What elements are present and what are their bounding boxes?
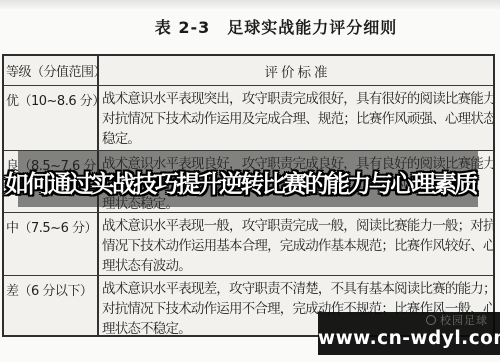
table-header-row: 等级（分值范围） 评价标准 bbox=[4, 56, 493, 85]
criteria-cell: 战术意识水平表现突出，攻守职责完成很好，具有很好的阅读比赛能力； 对抗情况下技术… bbox=[97, 86, 493, 150]
criteria-line: 战术意识水平表现一般，攻守职责完成一般，阅读比赛能力一般；对抗 bbox=[102, 216, 493, 236]
watermark-label: 校园足球 bbox=[440, 312, 488, 328]
level-cell: 中（7.5~6 分） bbox=[4, 213, 97, 275]
level-cell: 差（6 分以下） bbox=[4, 276, 97, 335]
table-caption: 表 2-3 足球实战能力评分细则 bbox=[0, 15, 500, 38]
site-banner: 校园足球 www.cn-wdyl.com bbox=[318, 312, 500, 355]
table-row-medium: 中（7.5~6 分） 战术意识水平表现一般，攻守职责完成一般，阅读比赛能力一般；… bbox=[4, 212, 493, 275]
top-photo-streak bbox=[0, 0, 500, 9]
article-headline: 如何通过实战技巧提升逆转比赛的能力与心理素质 bbox=[5, 169, 500, 199]
level-cell: 优（10~8.6 分） bbox=[4, 86, 97, 150]
watermark-row: 校园足球 bbox=[318, 312, 500, 326]
table-row-excellent: 优（10~8.6 分） 战术意识水平表现突出，攻守职责完成很好，具有很好的阅读比… bbox=[4, 85, 493, 150]
criteria-line: 稳定。 bbox=[102, 129, 493, 149]
header-level-column: 等级（分值范围） bbox=[4, 56, 97, 85]
criteria-line: 对抗情况下技术动作运用及完成合理、规范；比赛作风顽强、心理状态 bbox=[102, 109, 493, 129]
campus-football-logo-icon bbox=[426, 315, 436, 325]
criteria-line: 战术意识水平表现差，攻守职责不清楚，不具有基本阅读比赛的能力； bbox=[102, 279, 493, 299]
header-criteria-column: 评价标准 bbox=[97, 56, 493, 85]
criteria-line: 理状态有波动。 bbox=[102, 256, 493, 275]
criteria-line: 情况下技术动作运用基本合理，完成动作基本规范；比赛作风较好、心 bbox=[102, 236, 493, 256]
criteria-cell: 战术意识水平表现一般，攻守职责完成一般，阅读比赛能力一般；对抗 情况下技术动作运… bbox=[97, 213, 493, 275]
site-url: www.cn-wdyl.com bbox=[318, 327, 500, 351]
criteria-line: 战术意识水平表现突出，攻守职责完成很好，具有很好的阅读比赛能力； bbox=[102, 89, 493, 109]
